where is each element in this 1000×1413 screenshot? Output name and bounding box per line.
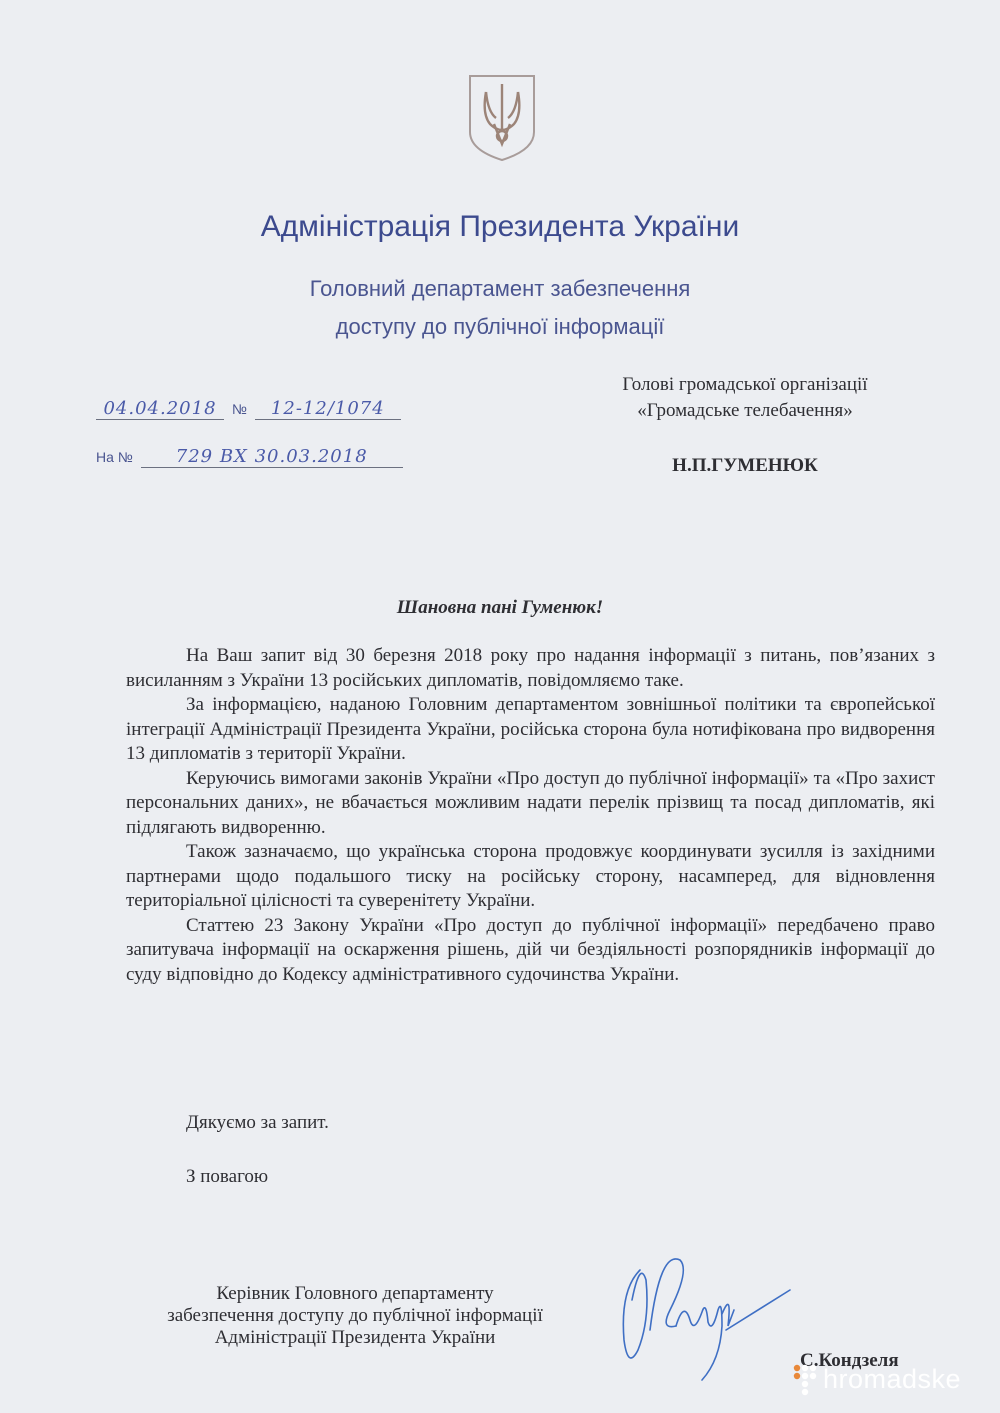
hromadske-watermark: hromadske bbox=[793, 1362, 973, 1400]
incoming-reference: На № 729 ВХ 30.03.2018 bbox=[96, 446, 403, 468]
addressee: Голові громадської організації «Громадсь… bbox=[560, 372, 930, 424]
coat-of-arms-icon bbox=[466, 72, 538, 164]
addressee-line2: «Громадське телебачення» bbox=[560, 398, 930, 424]
outgoing-date: 04.04.2018 bbox=[96, 398, 224, 420]
in-reply-label: На № bbox=[96, 449, 133, 465]
signer-title: Керівник Головного департаменту забезпеч… bbox=[100, 1283, 610, 1349]
body-paragraph: Статтею 23 Закону України «Про доступ до… bbox=[126, 914, 935, 988]
in-reply-value: 729 ВХ 30.03.2018 bbox=[141, 446, 403, 468]
letter-body: На Ваш запит від 30 березня 2018 року пр… bbox=[126, 644, 935, 987]
salutation: Шановна пані Гуменюк! bbox=[0, 597, 1000, 619]
outgoing-number: 12-12/1074 bbox=[255, 398, 401, 420]
letterhead-subtitle-line2: доступу до публічної інформації bbox=[0, 308, 1000, 346]
watermark-text: hromadske bbox=[823, 1364, 961, 1395]
closing-regards: З повагою bbox=[186, 1166, 268, 1188]
signature-icon bbox=[610, 1230, 800, 1390]
body-paragraph: Також зазначаємо, що українська сторона … bbox=[126, 840, 935, 914]
signer-title-line1: Керівник Головного департаменту bbox=[100, 1283, 610, 1305]
body-paragraph: Керуючись вимогами законів України «Про … bbox=[126, 767, 935, 841]
addressee-line1: Голові громадської організації bbox=[560, 372, 930, 398]
body-paragraph: На Ваш запит від 30 березня 2018 року пр… bbox=[126, 644, 935, 693]
signer-title-line3: Адміністрації Президента України bbox=[100, 1327, 610, 1349]
closing-thanks: Дякуємо за запит. bbox=[186, 1112, 329, 1134]
body-paragraph: За інформацією, наданою Головним департа… bbox=[126, 693, 935, 767]
outgoing-registration: 04.04.2018 № 12-12/1074 bbox=[96, 398, 401, 420]
letterhead-title: Адміністрація Президента України bbox=[0, 210, 1000, 244]
signer-title-line2: забезпечення доступу до публічної інформ… bbox=[100, 1305, 610, 1327]
addressee-name: Н.П.ГУМЕНЮК bbox=[560, 455, 930, 477]
hromadske-logo-icon bbox=[793, 1364, 823, 1400]
number-label: № bbox=[232, 401, 247, 417]
letterhead-subtitle-line1: Головний департамент забезпечення bbox=[0, 270, 1000, 308]
letterhead-subtitle: Головний департамент забезпечення доступ… bbox=[0, 270, 1000, 346]
